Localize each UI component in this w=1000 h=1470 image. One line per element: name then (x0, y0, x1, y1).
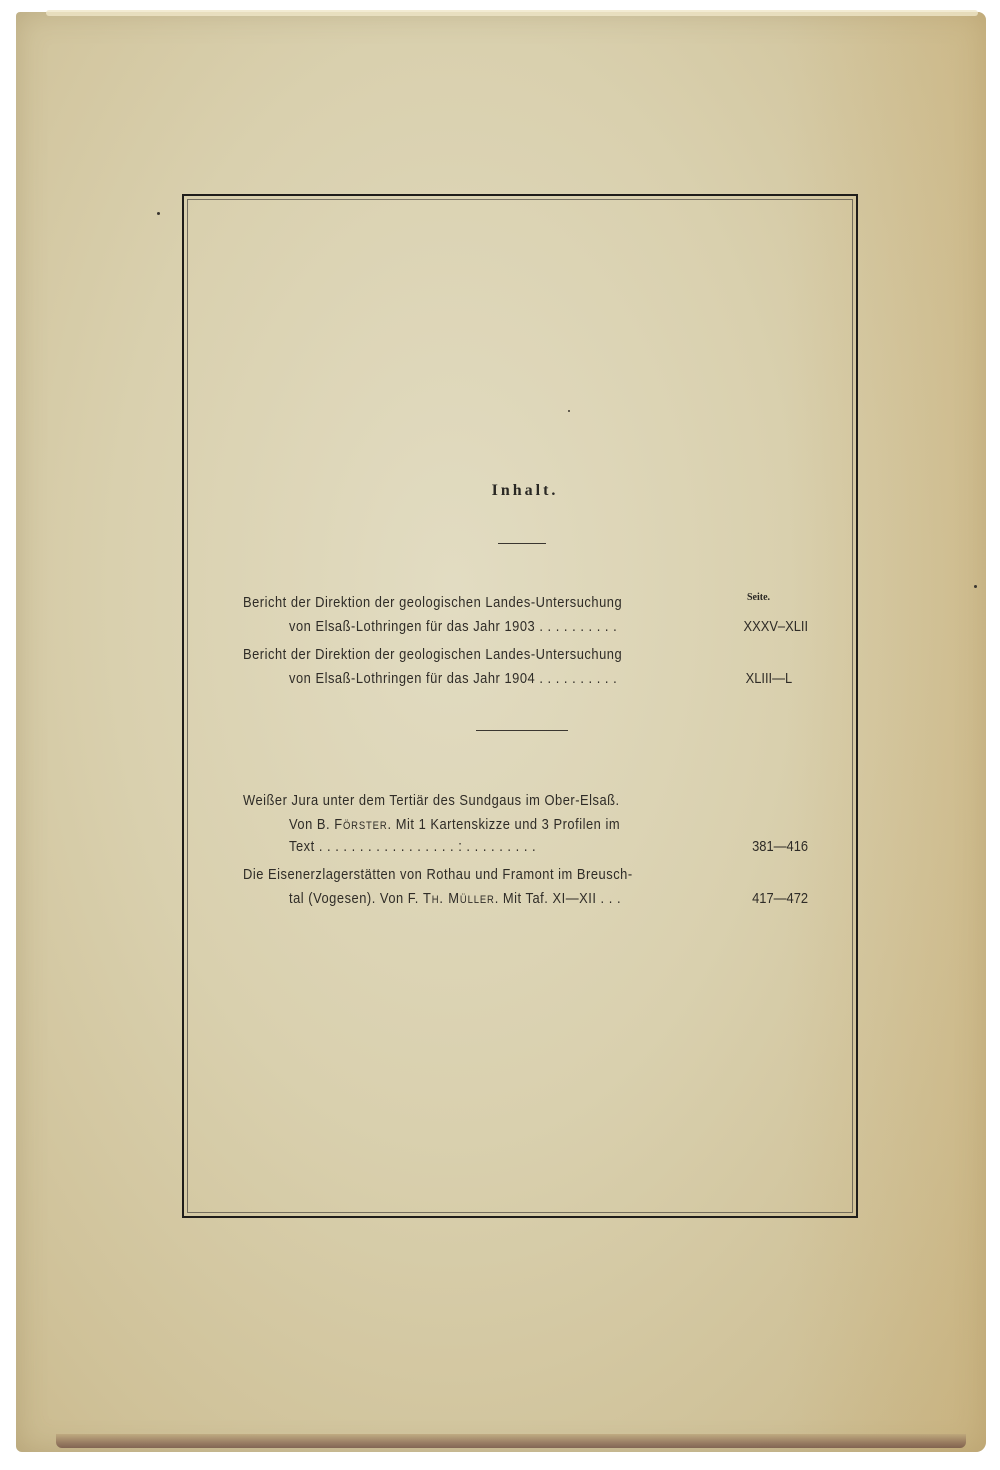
toc-entry-2-line-2-text: von Elsaß-Lothringen für das Jahr 1904 (289, 670, 535, 687)
paper-speck (157, 212, 160, 215)
toc-entry-1-line-2: von Elsaß-Lothringen für das Jahr 1903 .… (289, 618, 617, 635)
toc-entry-2-line-2: von Elsaß-Lothringen für das Jahr 1904 .… (289, 670, 617, 687)
dot-leader: . . . . . . . . . . (535, 618, 617, 635)
toc-entry-2-line-1: Bericht der Direktion der geologischen L… (243, 646, 622, 663)
toc-entry-3-line-2-prefix: Von B. (289, 816, 334, 833)
toc-entry-1-line-1: Bericht der Direktion der geologischen L… (243, 594, 622, 611)
toc-entry-3-line-3-text: Text (289, 838, 315, 855)
toc-entry-1-line-2-text: von Elsaß-Lothringen für das Jahr 1903 (289, 618, 535, 635)
section-divider (476, 730, 568, 731)
toc-entry-3-author: Förster (334, 816, 387, 833)
paper-bottom-edge (56, 1434, 966, 1448)
dot-leader: . . . . . . . . . . . . . . . . . : . . … (315, 838, 536, 855)
toc-entry-4-line-2-prefix: tal (Vogesen). Von F. (289, 890, 423, 907)
toc-entry-4-line-2: tal (Vogesen). Von F. Th. Müller. Mit Ta… (289, 890, 621, 907)
toc-entry-3-pages: 381—416 (752, 838, 808, 855)
toc-entry-4-line-2-suffix: . Mit Taf. XI—XII . . . (495, 890, 621, 907)
paper-top-edge (46, 10, 978, 16)
toc-entry-4-pages: 417—472 (752, 890, 808, 907)
toc-entry-4-line-1: Die Eisenerzlagerstätten von Rothau und … (243, 866, 633, 883)
page-title: Inhalt. (0, 482, 1000, 500)
toc-entry-2-pages: XLIII—L (745, 670, 792, 687)
toc-entry-1-pages: XXXV–XLII (743, 618, 808, 635)
paper-speck (974, 585, 977, 588)
toc-entry-3-line-2-suffix: . Mit 1 Kartenskizze und 3 Profilen im (388, 816, 621, 833)
dot-leader: . . . . . . . . . . (535, 670, 617, 687)
title-divider (498, 543, 546, 544)
toc-entry-3-line-2: Von B. Förster. Mit 1 Kartenskizze und 3… (289, 816, 620, 833)
page-column-header: Seite. (747, 592, 770, 603)
toc-entry-3-line-3: Text . . . . . . . . . . . . . . . . . :… (289, 838, 536, 855)
toc-entry-4-author: Th. Müller (423, 890, 495, 907)
page-border-inner-line (187, 199, 853, 1213)
toc-entry-3-line-1: Weißer Jura unter dem Tertiär des Sundga… (243, 792, 620, 809)
